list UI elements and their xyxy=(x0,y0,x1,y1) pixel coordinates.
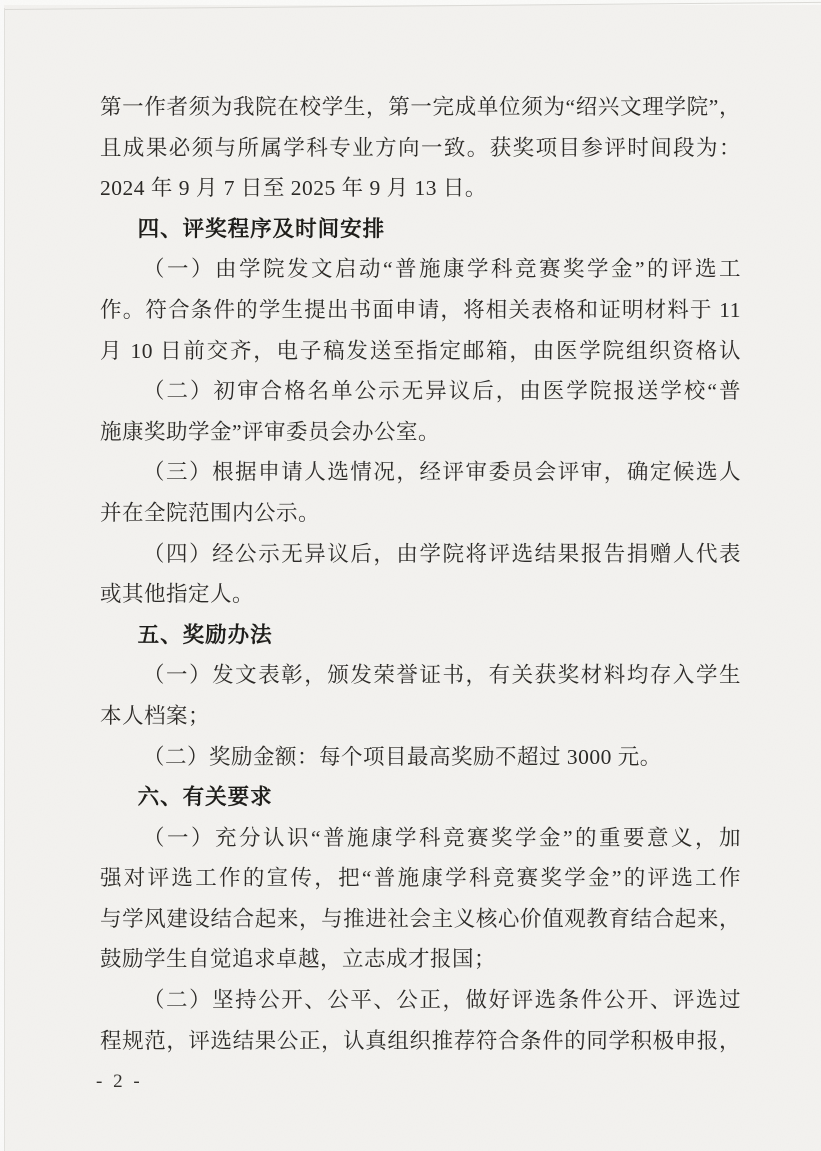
text-line: 程规范，评选结果公正，认真组织推荐符合条件的同学积极申报， xyxy=(100,1021,741,1062)
text-line: （三）根据申请人选情况，经评审委员会评审，确定候选人 xyxy=(100,452,741,493)
document-body: 第一作者须为我院在校学生，第一完成单位须为“绍兴文理学院”，且成果必须与所属学科… xyxy=(100,87,741,1061)
scan-edge-left xyxy=(4,8,5,1151)
text-line: 作。符合条件的学生提出书面申请，将相关表格和证明材料于 11 xyxy=(100,290,741,331)
section-heading: 六、有关要求 xyxy=(100,777,741,818)
text-line: 鼓励学生自觉追求卓越，立志成才报国； xyxy=(100,939,741,980)
text-line: 强对评选工作的宣传，把“普施康学科竞赛奖学金”的评选工作 xyxy=(100,858,741,899)
text-line: （一）发文表彰，颁发荣誉证书，有关获奖材料均存入学生 xyxy=(100,655,741,696)
text-line: （四）经公示无异议后，由学院将评选结果报告捐赠人代表 xyxy=(100,534,741,575)
page-number: - 2 - xyxy=(96,1069,143,1095)
text-line: 或其他指定人。 xyxy=(100,574,741,615)
text-line: （一）充分认识“普施康学科竞赛奖学金”的重要意义，加 xyxy=(100,818,741,859)
text-line: 月 10 日前交齐，电子稿发送至指定邮箱，由医学院组织资格认定。 xyxy=(100,331,741,372)
text-line: 本人档案； xyxy=(100,696,741,737)
text-line: 2024 年 9 月 7 日至 2025 年 9 月 13 日。 xyxy=(100,168,741,209)
section-heading: 四、评奖程序及时间安排 xyxy=(100,209,741,250)
text-line: （二）奖励金额：每个项目最高奖励不超过 3000 元。 xyxy=(100,737,741,778)
text-line: （二）坚持公开、公平、公正，做好评选条件公开、评选过 xyxy=(100,980,741,1021)
text-line: 且成果必须与所属学科专业方向一致。获奖项目参评时间段为： xyxy=(100,128,741,169)
text-line: 并在全院范围内公示。 xyxy=(100,493,741,534)
text-line: 施康奖助学金”评审委员会办公室。 xyxy=(100,412,741,453)
text-line: （一）由学院发文启动“普施康学科竞赛奖学金”的评选工 xyxy=(100,249,741,290)
text-line: 与学风建设结合起来，与推进社会主义核心价值观教育结合起来， xyxy=(100,899,741,940)
document-page: { "page": { "number_label": "- 2 -", "ba… xyxy=(0,0,821,1151)
text-line: 第一作者须为我院在校学生，第一完成单位须为“绍兴文理学院”， xyxy=(100,87,741,128)
text-line: （二）初审合格名单公示无异议后，由医学院报送学校“普 xyxy=(100,371,741,412)
section-heading: 五、奖励办法 xyxy=(100,615,741,656)
